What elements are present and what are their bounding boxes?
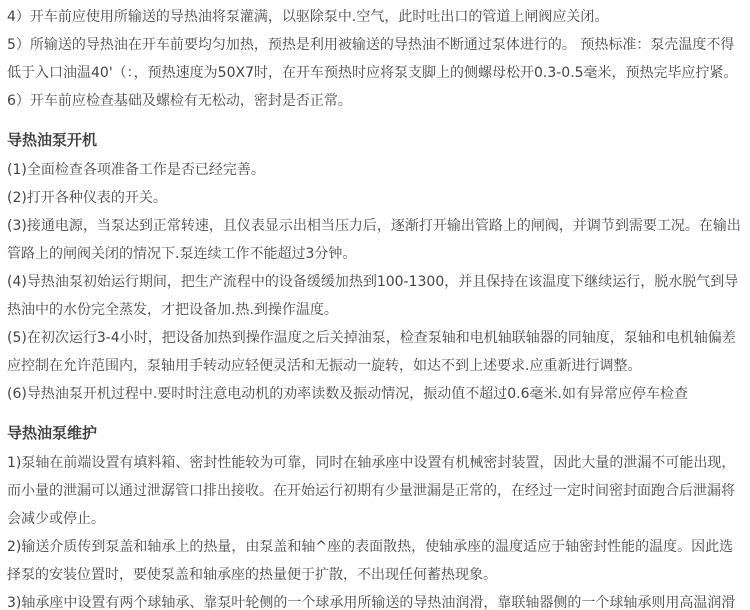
startup-step-6: (6)导热油泵开机过程中.要时时注意电动机的劝率读数及振动情况，振动值不超过0.…: [7, 380, 743, 408]
startup-step-2: (2)打开各种仪表的开关。: [7, 184, 743, 212]
intro-paragraph-6: 6）开车前应检查基础及螺检有无松动，密封是否正常。: [7, 87, 743, 115]
section-heading-startup: 导热油泵开机: [7, 126, 743, 154]
startup-step-1: (1)全面检查各项准备工作是否已经完善。: [7, 156, 743, 184]
intro-paragraph-4: 4）开车前应使用所输送的导热油将泵灌满，以驱除泵中.空气，此时吐出口的管道上闸阀…: [7, 3, 743, 31]
startup-step-4: (4)导热油泵初始运行期间，把生产流程中的设备缓缓加热到100-1300，并且保…: [7, 268, 743, 324]
intro-paragraph-5: 5）所输送的导热油在开车前要均匀加热，预热是利用被输送的导热油不断通过泵体进行的…: [7, 31, 743, 87]
maintenance-item-1: 1)泵轴在前端设置有填料箱、密封性能较为可靠，同时在轴承座中设置有机械密封装置，…: [7, 449, 743, 533]
maintenance-item-2: 2)输送介质传到泵盖和轴承上的热量，由泵盖和轴^座的表面散热，使轴承座的温度适应…: [7, 533, 743, 589]
document-page: 4）开车前应使用所输送的导热油将泵灌满，以驱除泵中.空气，此时吐出口的管道上闸阀…: [0, 0, 750, 610]
startup-step-3: (3)接通电源，当泵达到正常转速，且仪表显示出相当压力后，逐渐打开输出管路上的闸…: [7, 212, 743, 268]
startup-step-5: (5)在初次运行3-4小时，把设备加热到操作温度之后关掉油泵，检查泵轴和电机轴联…: [7, 324, 743, 380]
section-heading-maintenance: 导热油泵维护: [7, 419, 743, 447]
maintenance-item-3: 3)轴承座中设置有两个球轴承、靠泵叶轮侧的一个球承用所输送的导热油润滑，靠联轴器…: [7, 589, 743, 610]
